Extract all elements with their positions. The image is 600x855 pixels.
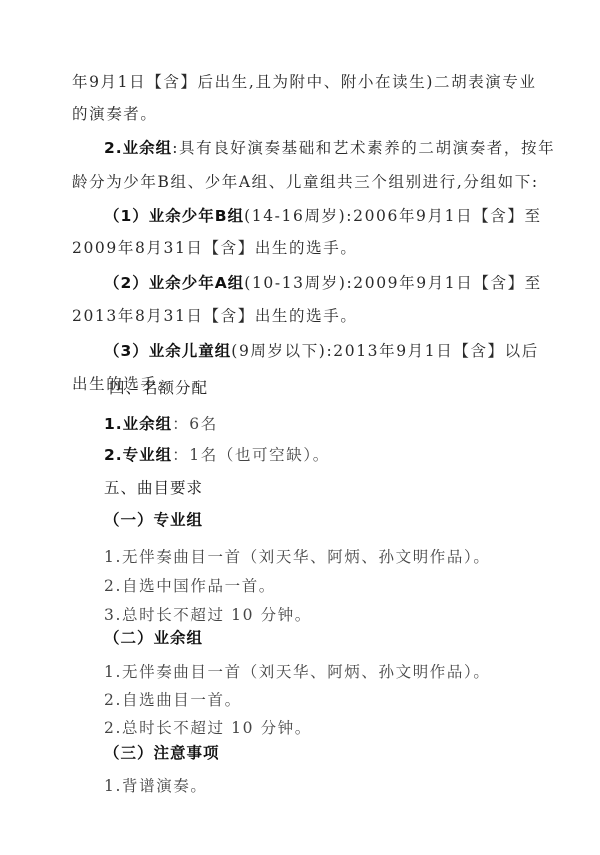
group-3: （3）业余儿童组(9周岁以下):2013年9月1日【含】以后 — [104, 341, 539, 361]
amateur-text: :具有良好演奏基础和艺术素养的二胡演奏者，按年 — [172, 139, 555, 157]
sub-3-item-1: 1.背谱演奏。 — [104, 776, 208, 796]
amateur-label: 2.业余组 — [104, 139, 172, 157]
group-3-text: (9周岁以下):2013年9月1日【含】以后 — [231, 342, 539, 360]
continuation-line-2: 的演奏者。 — [72, 104, 158, 124]
continuation-line-1: 年9月1日【含】后出生,且为附中、附小在读生)二胡表演专业 — [72, 72, 537, 92]
amateur-intro: 2.业余组:具有良好演奏基础和艺术素养的二胡演奏者，按年 — [104, 138, 555, 158]
group-3-label: （3）业余儿童组 — [104, 342, 231, 360]
quota-2-label: 2.专业组 — [104, 446, 172, 464]
group-2: （2）业余少年A组(10-13周岁):2009年9月1日【含】至 — [104, 273, 542, 293]
sub-1-item-1: 1.无伴奏曲目一首（刘天华、阿炳、孙文明作品）。 — [104, 547, 490, 567]
sub-2-item-1: 1.无伴奏曲目一首（刘天华、阿炳、孙文明作品）。 — [104, 662, 490, 682]
quota-2: 2.专业组：1名（也可空缺）。 — [104, 445, 330, 465]
sub-2-item-2: 2.自选曲目一首。 — [104, 690, 242, 710]
sub-3-heading: （三）注意事项 — [104, 743, 220, 763]
sub-1-item-2: 2.自选中国作品一首。 — [104, 576, 276, 596]
group-2-line-2: 2013年8月31日【含】出生的选手。 — [72, 306, 357, 326]
sub-1-heading: （一）专业组 — [104, 510, 203, 530]
section-5-heading: 五、曲目要求 — [104, 478, 203, 498]
quota-1: 1.业余组：6名 — [104, 414, 218, 434]
quota-2-text: ：1名（也可空缺）。 — [172, 446, 330, 464]
group-2-text: (10-13周岁):2009年9月1日【含】至 — [244, 274, 541, 292]
group-1-label: （1）业余少年B组 — [104, 207, 244, 225]
amateur-line-2: 龄分为少年B组、少年A组、儿童组共三个组别进行,分组如下: — [72, 172, 539, 192]
quota-1-text: ：6名 — [172, 415, 218, 433]
group-1-line-2: 2009年8月31日【含】出生的选手。 — [72, 238, 357, 258]
quota-1-label: 1.业余组 — [104, 415, 172, 433]
group-1: （1）业余少年B组(14-16周岁):2006年9月1日【含】至 — [104, 206, 542, 226]
sub-1-item-3: 3.总时长不超过 10 分钟。 — [104, 605, 312, 625]
section-4-heading: 四、名额分配 — [109, 378, 208, 398]
sub-2-heading: （二）业余组 — [104, 628, 203, 648]
sub-2-item-3: 2.总时长不超过 10 分钟。 — [104, 718, 312, 738]
group-2-label: （2）业余少年A组 — [104, 274, 244, 292]
group-1-text: (14-16周岁):2006年9月1日【含】至 — [244, 207, 541, 225]
